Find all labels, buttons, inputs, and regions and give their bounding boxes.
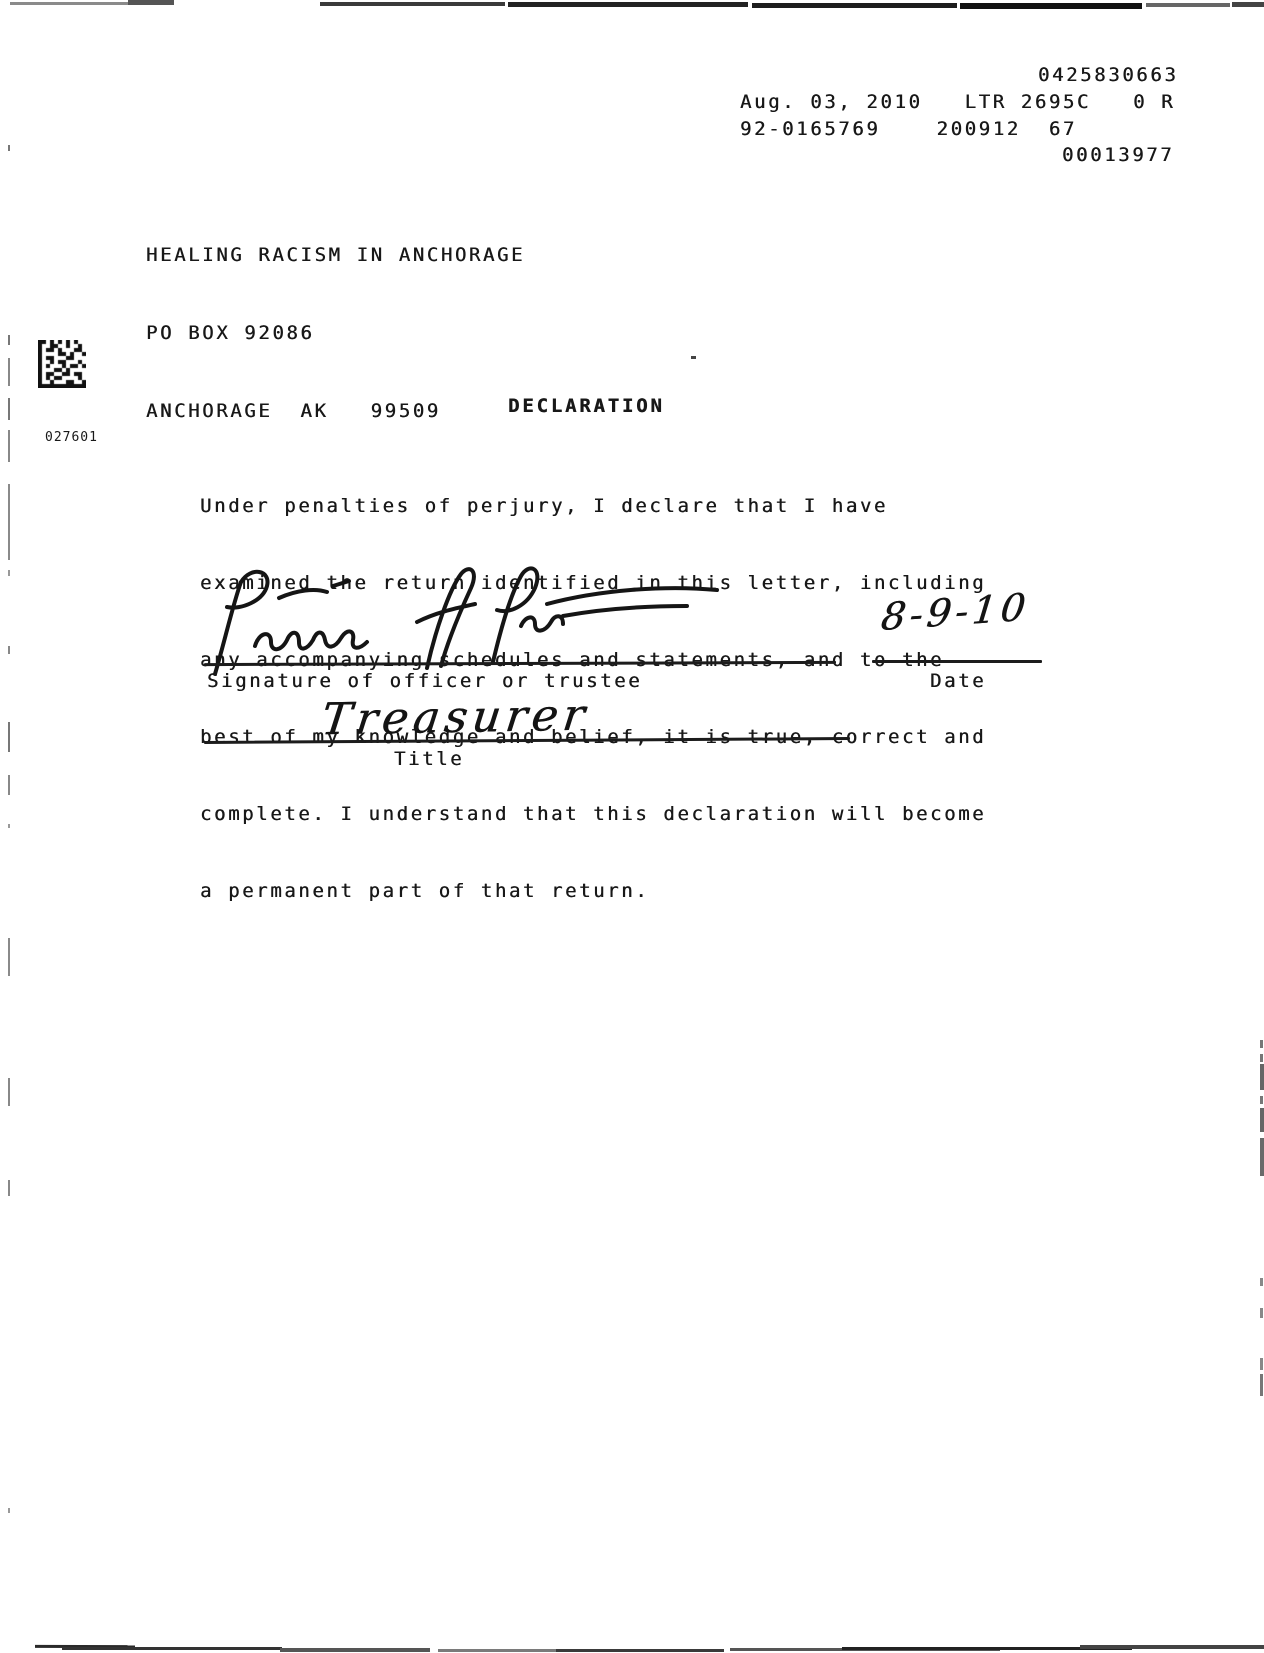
scan-artifact bbox=[508, 2, 748, 7]
scan-artifact bbox=[8, 570, 10, 576]
declaration-line: a permanent part of that return. bbox=[200, 879, 986, 905]
scan-artifact bbox=[960, 3, 1142, 9]
scan-artifact bbox=[1260, 1308, 1263, 1318]
scan-artifact bbox=[8, 646, 10, 654]
scan-artifact bbox=[8, 1508, 10, 1513]
date-label: Date bbox=[930, 668, 986, 694]
declaration-line: Under penalties of perjury, I declare th… bbox=[200, 494, 986, 520]
header-control-number: 00013977 bbox=[1062, 142, 1174, 168]
scan-artifact bbox=[1260, 1096, 1263, 1104]
scan-artifact bbox=[1260, 1138, 1264, 1176]
recipient-po-box: PO BOX 92086 bbox=[146, 320, 525, 346]
scan-artifact bbox=[1260, 1358, 1263, 1370]
scan-artifact bbox=[8, 775, 10, 795]
scan-artifact bbox=[8, 335, 10, 345]
scan-artifact bbox=[8, 430, 10, 462]
scan-artifact bbox=[1260, 1374, 1263, 1396]
scan-artifact bbox=[438, 1649, 563, 1652]
declaration-heading: DECLARATION bbox=[508, 393, 665, 419]
scan-artifact bbox=[320, 2, 505, 6]
header-ein-line: 92-0165769 200912 67 bbox=[740, 116, 1077, 142]
scan-artifact bbox=[691, 356, 696, 359]
recipient-name: HEALING RACISM IN ANCHORAGE bbox=[146, 242, 525, 268]
scanned-letter-page: 0425830663 Aug. 03, 2010 LTR 2695C 0 R 9… bbox=[0, 0, 1264, 1653]
declaration-line: complete. I understand that this declara… bbox=[200, 802, 986, 828]
scan-artifact bbox=[62, 1647, 282, 1650]
declaration-body: Under penalties of perjury, I declare th… bbox=[200, 443, 986, 956]
scan-artifact bbox=[1260, 1064, 1264, 1090]
signature-handwriting bbox=[195, 560, 755, 685]
scan-artifact bbox=[8, 1180, 10, 1196]
scan-artifact bbox=[8, 358, 10, 386]
scan-artifact bbox=[556, 1649, 724, 1652]
scan-artifact bbox=[8, 1078, 10, 1106]
scan-artifact bbox=[8, 938, 10, 976]
scan-artifact bbox=[1080, 1645, 1264, 1649]
scan-artifact bbox=[8, 484, 10, 560]
scan-artifact bbox=[1260, 1108, 1264, 1132]
scan-artifact bbox=[8, 145, 10, 151]
header-date-ltr-line: Aug. 03, 2010 LTR 2695C 0 R bbox=[740, 89, 1175, 115]
scan-artifact bbox=[8, 722, 10, 752]
scan-artifact bbox=[8, 824, 10, 828]
title-label: Title bbox=[394, 746, 464, 772]
data-matrix-barcode-icon bbox=[38, 340, 86, 388]
date-handwriting: 8-9-10 bbox=[879, 585, 1032, 639]
scan-artifact bbox=[280, 1648, 430, 1652]
scan-artifact bbox=[1232, 2, 1264, 7]
barcode-label: 027601 bbox=[45, 430, 98, 445]
scan-artifact bbox=[1146, 3, 1230, 7]
header-doc-number: 0425830663 bbox=[1038, 62, 1178, 88]
scan-artifact bbox=[128, 0, 174, 5]
date-line bbox=[872, 660, 1042, 663]
scan-artifact bbox=[1260, 1054, 1263, 1062]
scan-artifact bbox=[1260, 1040, 1263, 1048]
recipient-city-line: ANCHORAGE AK 99509 bbox=[146, 398, 525, 424]
scan-artifact bbox=[1260, 1278, 1263, 1286]
recipient-address: HEALING RACISM IN ANCHORAGE PO BOX 92086… bbox=[146, 190, 525, 476]
title-handwriting: Treasurer bbox=[319, 690, 593, 746]
scan-artifact bbox=[8, 398, 10, 420]
scan-artifact bbox=[752, 3, 957, 8]
